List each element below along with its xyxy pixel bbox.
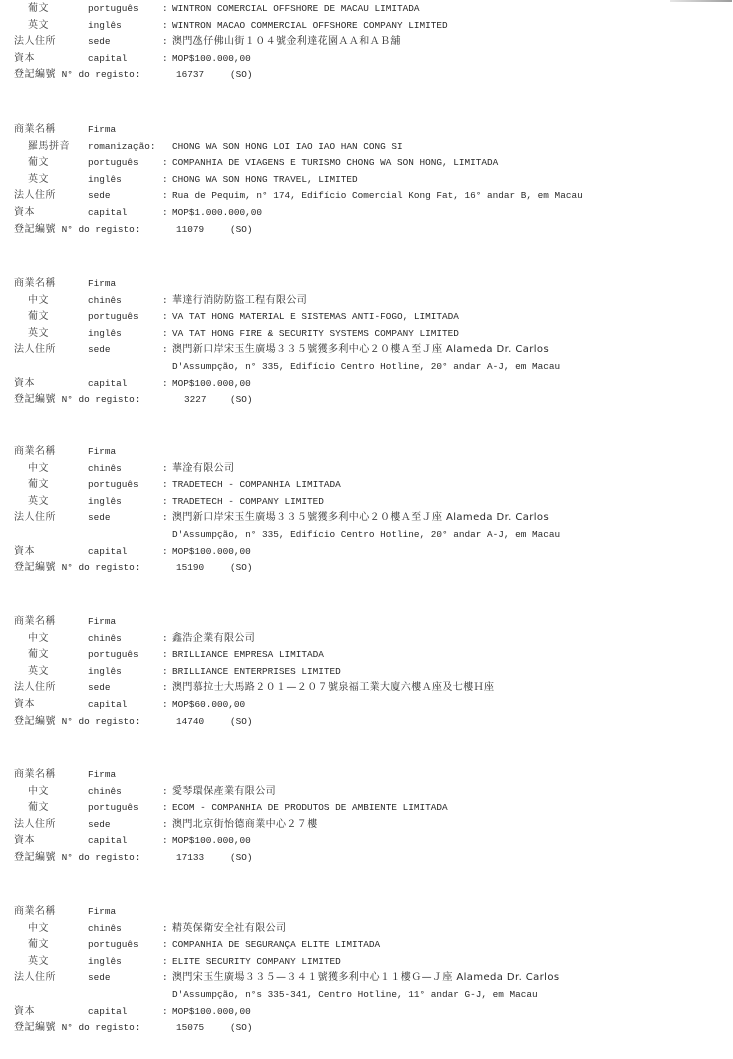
- row-portugues: 葡文português:ECOM - COMPANHIA DE PRODUTOS…: [0, 800, 733, 817]
- row-sede: 法人住所sede:澳門新口岸宋玉生廣場３３５號獲多利中心２０樓Ａ至Ｊ座 Alam…: [0, 510, 733, 527]
- label-zh: 中文: [28, 784, 49, 801]
- label-pt: português: [88, 800, 139, 817]
- label-zh: 葡文: [28, 1, 49, 18]
- label-pt: N° do registo:: [62, 394, 141, 405]
- label-zh: 英文: [28, 326, 49, 343]
- value-capital: MOP$60.000,00: [172, 697, 245, 714]
- label-pt: chinês: [88, 784, 122, 801]
- value-ingles: CHONG WA SON HONG TRAVEL, LIMITED: [172, 172, 358, 189]
- label-pt: inglês: [88, 172, 122, 189]
- colon: :: [162, 494, 168, 511]
- colon: :: [162, 461, 168, 478]
- colon: :: [162, 342, 168, 359]
- row-sede: 法人住所sede:澳門氹仔佛山街１０４號金利達花園ＡＡ和ＡＢ舖: [0, 34, 733, 51]
- row-chines: 中文chinês:愛琴環保產業有限公司: [0, 784, 733, 801]
- registry-entry-wintron: 葡文português:WINTRON COMERCIAL OFFSHORE D…: [0, 1, 733, 84]
- label-pt: capital: [88, 51, 127, 68]
- value-portugues: COMPANHIA DE VIAGENS E TURISMO CHONG WA …: [172, 155, 498, 172]
- row-sede: 法人住所sede:澳門新口岸宋玉生廣場３３５號獲多利中心２０樓Ａ至Ｊ座 Alam…: [0, 342, 733, 359]
- label-pt: capital: [88, 697, 127, 714]
- colon: :: [162, 921, 168, 938]
- label-zh: 中文: [28, 921, 49, 938]
- label-pt: capital: [88, 833, 127, 850]
- label-pt: chinês: [88, 293, 122, 310]
- label-pt: português: [88, 647, 139, 664]
- label-zh: 法人住所: [14, 188, 56, 205]
- row-chines: 中文chinês:精英保衛安全社有限公司: [0, 921, 733, 938]
- label-pt: Firma: [88, 904, 116, 921]
- registry-entry-va-tat-hong: 商業名稱Firma 中文chinês:華達行消防防盜工程有限公司 葡文portu…: [0, 276, 733, 409]
- value-sede: Rua de Pequim, n° 174, Edifício Comercia…: [172, 188, 583, 205]
- label-pt: português: [88, 477, 139, 494]
- value-tipo: (SO): [230, 67, 253, 84]
- label-pt: capital: [88, 1004, 127, 1021]
- label-registo: 登記編號 N° do registo:: [14, 850, 140, 867]
- label-zh: 法人住所: [14, 970, 56, 987]
- label-pt: inglês: [88, 494, 122, 511]
- colon: :: [162, 188, 168, 205]
- value-sede: 澳門北京街怡德商業中心２７樓: [172, 817, 318, 834]
- value-capital: MOP$100.000,00: [172, 544, 251, 561]
- colon: :: [162, 544, 168, 561]
- colon: :: [162, 954, 168, 971]
- value-registo: 14740: [176, 714, 204, 731]
- label-zh: 英文: [28, 18, 49, 35]
- value-chines: 鑫浩企業有限公司: [172, 631, 255, 648]
- value-portugues: TRADETECH - COMPANHIA LIMITADA: [172, 477, 341, 494]
- colon: :: [162, 18, 168, 35]
- colon: :: [162, 664, 168, 681]
- value-capital: MOP$100.000,00: [172, 833, 251, 850]
- registry-entry-elite-security: 商業名稱Firma 中文chinês:精英保衛安全社有限公司 葡文portugu…: [0, 904, 733, 1037]
- row-registo: 登記編號 N° do registo:3227(SO): [0, 392, 733, 409]
- value-sede-line-2: D'Assumpção, n°s 335-341, Centro Hotline…: [172, 987, 538, 1004]
- value-registo: 17133: [176, 850, 204, 867]
- value-sede-line-1: 澳門新口岸宋玉生廣場３３５號獲多利中心２０樓Ａ至Ｊ座 Alameda Dr. C…: [172, 510, 549, 527]
- label-zh: 商業名稱: [14, 122, 56, 139]
- label-pt: inglês: [88, 18, 122, 35]
- value-sede: 澳門慕拉士大馬路２０１—２０７號泉福工業大廈六樓Ａ座及七樓Ｈ座: [172, 680, 494, 697]
- label-pt: português: [88, 937, 139, 954]
- label-pt: chinês: [88, 461, 122, 478]
- label-zh: 資本: [14, 1004, 35, 1021]
- value-chines: 精英保衛安全社有限公司: [172, 921, 286, 938]
- value-chines: 華達行消防防盜工程有限公司: [172, 293, 307, 310]
- row-sede: 法人住所sede:澳門北京街怡德商業中心２７樓: [0, 817, 733, 834]
- value-sede-line-1: 澳門新口岸宋玉生廣場３３５號獲多利中心２０樓Ａ至Ｊ座 Alameda Dr. C…: [172, 342, 549, 359]
- value-capital: MOP$1.000.000,00: [172, 205, 262, 222]
- row-chines: 中文chinês:鑫浩企業有限公司: [0, 631, 733, 648]
- row-capital: 資本capital:MOP$100.000,00: [0, 376, 733, 393]
- colon: :: [162, 817, 168, 834]
- value-capital: MOP$100.000,00: [172, 51, 251, 68]
- value-portugues: ECOM - COMPANHIA DE PRODUTOS DE AMBIENTE…: [172, 800, 448, 817]
- value-ingles: ELITE SECURITY COMPANY LIMITED: [172, 954, 341, 971]
- label-pt: inglês: [88, 326, 122, 343]
- label-registo: 登記編號 N° do registo:: [14, 714, 140, 731]
- value-registo: 11079: [176, 222, 204, 239]
- row-capital: 資本capital:MOP$60.000,00: [0, 697, 733, 714]
- label-zh: 英文: [28, 954, 49, 971]
- label-pt: sede: [88, 970, 111, 987]
- label-zh: 登記編號: [14, 1022, 56, 1033]
- label-zh: 登記編號: [14, 394, 56, 405]
- colon: :: [162, 937, 168, 954]
- colon: :: [162, 833, 168, 850]
- row-firma: 商業名稱Firma: [0, 767, 733, 784]
- colon: :: [162, 1, 168, 18]
- colon: :: [162, 155, 168, 172]
- label-zh: 資本: [14, 376, 35, 393]
- label-zh: 英文: [28, 664, 49, 681]
- value-capital: MOP$100.000,00: [172, 376, 251, 393]
- row-capital: 資本capital:MOP$100.000,00: [0, 544, 733, 561]
- value-sede-line-2: D'Assumpção, n° 335, Edifício Centro Hot…: [172, 527, 560, 544]
- label-pt: capital: [88, 205, 127, 222]
- label-pt: Firma: [88, 444, 116, 461]
- colon: :: [162, 51, 168, 68]
- label-zh: 法人住所: [14, 34, 56, 51]
- value-sede: 澳門氹仔佛山街１０４號金利達花園ＡＡ和ＡＢ舖: [172, 34, 401, 51]
- value-registo: 16737: [176, 67, 204, 84]
- label-pt: sede: [88, 342, 111, 359]
- label-zh: 英文: [28, 172, 49, 189]
- label-pt: português: [88, 1, 139, 18]
- row-chines: 中文chinês:華淦有限公司: [0, 461, 733, 478]
- registry-entry-chong-wa-son-hong: 商業名稱Firma 羅馬拼音romanização:CHONG WA SON H…: [0, 122, 733, 238]
- colon: :: [162, 34, 168, 51]
- label-zh: 葡文: [28, 937, 49, 954]
- label-zh: 商業名稱: [14, 767, 56, 784]
- colon: :: [162, 205, 168, 222]
- row-portugues: 葡文português:WINTRON COMERCIAL OFFSHORE D…: [0, 1, 733, 18]
- label-zh: 商業名稱: [14, 276, 56, 293]
- colon: :: [162, 510, 168, 527]
- colon: :: [162, 680, 168, 697]
- label-registo: 登記編號 N° do registo:: [14, 392, 140, 409]
- value-tipo: (SO): [230, 1020, 253, 1037]
- value-ingles: WINTRON MACAO COMMERCIAL OFFSHORE COMPAN…: [172, 18, 448, 35]
- label-zh: 商業名稱: [14, 904, 56, 921]
- value-chines: 華淦有限公司: [172, 461, 234, 478]
- label-zh: 法人住所: [14, 680, 56, 697]
- label-pt: inglês: [88, 954, 122, 971]
- label-zh: 登記編號: [14, 224, 56, 235]
- registry-entry-tradetech: 商業名稱Firma 中文chinês:華淦有限公司 葡文português:TR…: [0, 444, 733, 577]
- row-registo: 登記編號 N° do registo:14740(SO): [0, 714, 733, 731]
- label-registo: 登記編號 N° do registo:: [14, 1020, 140, 1037]
- row-firma: 商業名稱Firma: [0, 276, 733, 293]
- label-zh: 登記編號: [14, 716, 56, 727]
- label-zh: 英文: [28, 494, 49, 511]
- value-tipo: (SO): [230, 222, 253, 239]
- label-registo: 登記編號 N° do registo:: [14, 222, 140, 239]
- label-zh: 資本: [14, 205, 35, 222]
- value-ingles: TRADETECH - COMPANY LIMITED: [172, 494, 324, 511]
- registry-entry-ecom: 商業名稱Firma 中文chinês:愛琴環保產業有限公司 葡文portuguê…: [0, 767, 733, 867]
- row-portugues: 葡文português:TRADETECH - COMPANHIA LIMITA…: [0, 477, 733, 494]
- label-zh: 中文: [28, 461, 49, 478]
- label-zh: 葡文: [28, 477, 49, 494]
- row-capital: 資本capital:MOP$1.000.000,00: [0, 205, 733, 222]
- label-pt: N° do registo:: [62, 852, 141, 863]
- value-tipo: (SO): [230, 560, 253, 577]
- label-pt: N° do registo:: [62, 716, 141, 727]
- value-tipo: (SO): [230, 714, 253, 731]
- row-romanizacao: 羅馬拼音romanização:CHONG WA SON HONG LOI IA…: [0, 139, 733, 156]
- label-pt: sede: [88, 817, 111, 834]
- label-pt: sede: [88, 188, 111, 205]
- row-sede-cont: D'Assumpção, n° 335, Edifício Centro Hot…: [0, 527, 733, 544]
- label-zh: 資本: [14, 51, 35, 68]
- label-zh: 中文: [28, 293, 49, 310]
- value-sede-line-2: D'Assumpção, n° 335, Edifício Centro Hot…: [172, 359, 560, 376]
- row-capital: 資本capital:MOP$100.000,00: [0, 1004, 733, 1021]
- value-tipo: (SO): [230, 850, 253, 867]
- label-pt: português: [88, 155, 139, 172]
- colon: :: [162, 697, 168, 714]
- colon: :: [162, 376, 168, 393]
- label-pt: N° do registo:: [62, 224, 141, 235]
- label-zh: 葡文: [28, 309, 49, 326]
- value-portugues: VA TAT HONG MATERIAL E SISTEMAS ANTI-FOG…: [172, 309, 459, 326]
- label-zh: 葡文: [28, 155, 49, 172]
- row-firma: 商業名稱Firma: [0, 444, 733, 461]
- row-registo: 登記編號 N° do registo:15190(SO): [0, 560, 733, 577]
- label-zh: 法人住所: [14, 342, 56, 359]
- label-pt: chinês: [88, 921, 122, 938]
- row-registo: 登記編號 N° do registo:11079(SO): [0, 222, 733, 239]
- value-ingles: BRILLIANCE ENTERPRISES LIMITED: [172, 664, 341, 681]
- value-portugues: COMPANHIA DE SEGURANÇA ELITE LIMITADA: [172, 937, 380, 954]
- label-zh: 資本: [14, 833, 35, 850]
- row-ingles: 英文inglês:WINTRON MACAO COMMERCIAL OFFSHO…: [0, 18, 733, 35]
- label-pt: sede: [88, 680, 111, 697]
- label-zh: 羅馬拼音: [28, 139, 70, 156]
- label-pt: português: [88, 309, 139, 326]
- value-romanizacao: CHONG WA SON HONG LOI IAO IAO HAN CONG S…: [172, 139, 403, 156]
- label-zh: 商業名稱: [14, 614, 56, 631]
- label-pt: Firma: [88, 276, 116, 293]
- row-sede-cont: D'Assumpção, n° 335, Edifício Centro Hot…: [0, 359, 733, 376]
- row-sede: 法人住所sede:澳門慕拉士大馬路２０１—２０７號泉福工業大廈六樓Ａ座及七樓Ｈ座: [0, 680, 733, 697]
- row-capital: 資本capital:MOP$100.000,00: [0, 833, 733, 850]
- colon: :: [162, 309, 168, 326]
- row-portugues: 葡文português:VA TAT HONG MATERIAL E SISTE…: [0, 309, 733, 326]
- label-pt: chinês: [88, 631, 122, 648]
- label-pt: N° do registo:: [62, 1022, 141, 1033]
- row-ingles: 英文inglês:CHONG WA SON HONG TRAVEL, LIMIT…: [0, 172, 733, 189]
- value-chines: 愛琴環保產業有限公司: [172, 784, 276, 801]
- colon: :: [162, 631, 168, 648]
- colon: :: [162, 970, 168, 987]
- label-pt: Firma: [88, 767, 116, 784]
- label-pt: Firma: [88, 614, 116, 631]
- row-portugues: 葡文português:COMPANHIA DE VIAGENS E TURIS…: [0, 155, 733, 172]
- colon: :: [162, 784, 168, 801]
- row-sede-cont: D'Assumpção, n°s 335-341, Centro Hotline…: [0, 987, 733, 1004]
- label-pt: inglês: [88, 664, 122, 681]
- label-zh: 商業名稱: [14, 444, 56, 461]
- row-firma: 商業名稱Firma: [0, 904, 733, 921]
- row-ingles: 英文inglês:ELITE SECURITY COMPANY LIMITED: [0, 954, 733, 971]
- label-zh: 葡文: [28, 647, 49, 664]
- value-registo: 15190: [176, 560, 204, 577]
- row-ingles: 英文inglês:TRADETECH - COMPANY LIMITED: [0, 494, 733, 511]
- value-registo: 3227: [184, 392, 207, 409]
- label-zh: 葡文: [28, 800, 49, 817]
- label-zh: 法人住所: [14, 510, 56, 527]
- row-sede: 法人住所sede:Rua de Pequim, n° 174, Edifício…: [0, 188, 733, 205]
- label-pt: capital: [88, 376, 127, 393]
- colon: :: [162, 647, 168, 664]
- row-registo: 登記編號 N° do registo:17133(SO): [0, 850, 733, 867]
- label-zh: 登記編號: [14, 852, 56, 863]
- label-zh: 中文: [28, 631, 49, 648]
- row-ingles: 英文inglês:VA TAT HONG FIRE & SECURITY SYS…: [0, 326, 733, 343]
- row-registo: 登記編號 N° do registo:15075(SO): [0, 1020, 733, 1037]
- registry-entry-brilliance: 商業名稱Firma 中文chinês:鑫浩企業有限公司 葡文português:…: [0, 614, 733, 730]
- label-registo: 登記編號 N° do registo:: [14, 67, 140, 84]
- colon: :: [162, 172, 168, 189]
- row-portugues: 葡文português:BRILLIANCE EMPRESA LIMITADA: [0, 647, 733, 664]
- row-ingles: 英文inglês:BRILLIANCE ENTERPRISES LIMITED: [0, 664, 733, 681]
- value-tipo: (SO): [230, 392, 253, 409]
- label-pt: N° do registo:: [62, 69, 141, 80]
- label-pt: N° do registo:: [62, 562, 141, 573]
- value-registo: 15075: [176, 1020, 204, 1037]
- label-pt: sede: [88, 510, 111, 527]
- row-registo: 登記編號 N° do registo:16737(SO): [0, 67, 733, 84]
- row-chines: 中文chinês:華達行消防防盜工程有限公司: [0, 293, 733, 310]
- value-portugues: BRILLIANCE EMPRESA LIMITADA: [172, 647, 324, 664]
- row-capital: 資本capital:MOP$100.000,00: [0, 51, 733, 68]
- value-sede-line-1: 澳門宋玉生廣場３３５—３４１號獲多利中心１１樓Ｇ—Ｊ座 Alameda Dr. …: [172, 970, 559, 987]
- colon: :: [162, 1004, 168, 1021]
- value-ingles: VA TAT HONG FIRE & SECURITY SYSTEMS COMP…: [172, 326, 459, 343]
- label-pt: Firma: [88, 122, 116, 139]
- colon: :: [162, 477, 168, 494]
- label-zh: 法人住所: [14, 817, 56, 834]
- row-firma: 商業名稱Firma: [0, 122, 733, 139]
- label-pt: sede: [88, 34, 111, 51]
- value-portugues: WINTRON COMERCIAL OFFSHORE DE MACAU LIMI…: [172, 1, 420, 18]
- label-pt: capital: [88, 544, 127, 561]
- label-pt: romanização:: [88, 139, 156, 156]
- colon: :: [162, 800, 168, 817]
- colon: :: [162, 326, 168, 343]
- label-zh: 資本: [14, 697, 35, 714]
- row-sede: 法人住所sede:澳門宋玉生廣場３３５—３４１號獲多利中心１１樓Ｇ—Ｊ座 Ala…: [0, 970, 733, 987]
- label-zh: 資本: [14, 544, 35, 561]
- row-portugues: 葡文português:COMPANHIA DE SEGURANÇA ELITE…: [0, 937, 733, 954]
- label-registo: 登記編號 N° do registo:: [14, 560, 140, 577]
- label-zh: 登記編號: [14, 562, 56, 573]
- row-firma: 商業名稱Firma: [0, 614, 733, 631]
- label-zh: 登記編號: [14, 69, 56, 80]
- value-capital: MOP$100.000,00: [172, 1004, 251, 1021]
- colon: :: [162, 293, 168, 310]
